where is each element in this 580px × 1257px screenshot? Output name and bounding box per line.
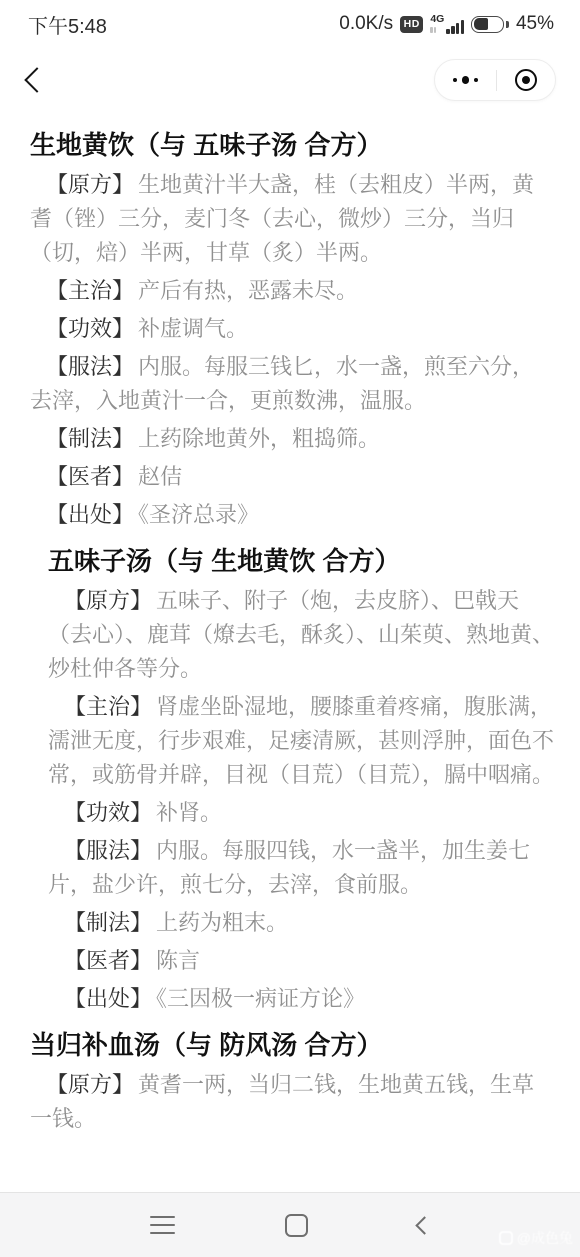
menu-hamburger-icon[interactable] (150, 1216, 175, 1234)
data-arrows-icon (430, 27, 436, 33)
recipe-field-row: 【制法】上药为粗末。 (48, 906, 556, 940)
field-label: 【出处】 (64, 986, 152, 1011)
bottom-nav-bar: @成色兔 (0, 1192, 580, 1257)
field-text: 上药为粗末。 (156, 910, 288, 935)
field-text: 《圣济总录》 (138, 502, 259, 527)
content[interactable]: 生地黄饮（与 五味子汤 合方） 【原方】生地黄汁半大盏，桂（去粗皮）半两，黄耆（… (0, 128, 580, 1136)
recipe-title: 五味子汤（与 生地黄饮 合方） (48, 544, 556, 578)
field-label: 【出处】 (46, 502, 134, 527)
field-label: 【制法】 (64, 910, 152, 935)
field-text: 赵佶 (138, 464, 182, 489)
capsule-divider (496, 70, 497, 91)
watermark: @成色兔 (499, 1228, 573, 1248)
field-label: 【原方】 (64, 588, 152, 613)
field-text: 补肾。 (156, 800, 222, 825)
status-time: 下午5:48 (28, 10, 107, 39)
recipe-field-row: 【出处】《三因极一病证方论》 (48, 982, 556, 1016)
recipe-title: 生地黄饮（与 五味子汤 合方） (30, 128, 556, 162)
field-label: 【主治】 (46, 278, 134, 303)
recipe-field-row: 【服法】内服。每服三钱匕，水一盏，煎至六分，去滓，入地黄汁一合，更煎数沸，温服。 (30, 350, 556, 418)
battery-icon (471, 16, 509, 33)
recipe-fields: 【原方】黄耆一两，当归二钱，生地黄五钱，生草一钱。 (30, 1068, 556, 1136)
miniprogram-capsule (434, 59, 556, 101)
more-dots-icon[interactable] (453, 76, 479, 84)
signal-4g-icon: 4G (430, 14, 464, 34)
field-text: 补虚调气。 (138, 316, 248, 341)
recipe-section: 生地黄饮（与 五味子汤 合方） 【原方】生地黄汁半大盏，桂（去粗皮）半两，黄耆（… (30, 128, 556, 532)
battery-percent: 45% (516, 13, 554, 35)
recipe-field-row: 【主治】肾虚坐卧湿地，腰膝重着疼痛，腹胀满，濡泄无度，行步艰难，足痿清厥，甚则浮… (48, 690, 556, 792)
recipe-fields: 【原方】生地黄汁半大盏，桂（去粗皮）半两，黄耆（锉）三分，麦门冬（去心，微炒）三… (30, 168, 556, 532)
network-type-label: 4G (430, 14, 444, 25)
recipe-fields: 【原方】五味子、附子（炮，去皮脐）、巴戟天（去心）、鹿茸（燎去毛，酥炙）、山茱萸… (48, 584, 556, 1016)
field-label: 【服法】 (46, 354, 134, 379)
recipe-field-row: 【功效】补虚调气。 (30, 312, 556, 346)
field-label: 【制法】 (46, 426, 134, 451)
field-label: 【功效】 (64, 800, 152, 825)
field-text: 陈言 (156, 948, 200, 973)
recipe-field-row: 【医者】陈言 (48, 944, 556, 978)
phone-screen: 下午5:48 0.0K/s HD 4G 45% (0, 0, 580, 1257)
recipe-field-row: 【制法】上药除地黄外，粗捣筛。 (30, 422, 556, 456)
watermark-text: @成色兔 (517, 1228, 573, 1248)
nav-bar (0, 44, 580, 116)
back-chevron-icon[interactable] (24, 67, 49, 92)
recipe-section: 五味子汤（与 生地黄饮 合方） 【原方】五味子、附子（炮，去皮脐）、巴戟天（去心… (30, 544, 556, 1016)
recipe-field-row: 【服法】内服。每服四钱，水一盏半，加生姜七片，盐少许，煎七分，去滓，食前服。 (48, 834, 556, 902)
recipe-field-row: 【出处】《圣济总录》 (30, 498, 556, 532)
field-text: 产后有热，恶露未尽。 (138, 278, 358, 303)
recipe-field-row: 【原方】生地黄汁半大盏，桂（去粗皮）半两，黄耆（锉）三分，麦门冬（去心，微炒）三… (30, 168, 556, 270)
recipe-field-row: 【主治】产后有热，恶露未尽。 (30, 274, 556, 308)
recents-square-icon[interactable] (285, 1214, 308, 1237)
field-label: 【原方】 (46, 172, 134, 197)
field-label: 【功效】 (46, 316, 134, 341)
capsule-target-icon[interactable] (515, 69, 537, 91)
field-label: 【主治】 (64, 694, 152, 719)
recipe-field-row: 【原方】黄耆一两，当归二钱，生地黄五钱，生草一钱。 (30, 1068, 556, 1136)
recipe-field-row: 【原方】五味子、附子（炮，去皮脐）、巴戟天（去心）、鹿茸（燎去毛，酥炙）、山茱萸… (48, 584, 556, 686)
recipe-section: 当归补血汤（与 防风汤 合方） 【原方】黄耆一两，当归二钱，生地黄五钱，生草一钱… (30, 1028, 556, 1136)
field-label: 【原方】 (46, 1072, 134, 1097)
recipe-field-row: 【医者】赵佶 (30, 460, 556, 494)
back-chevron-icon[interactable] (415, 1216, 433, 1234)
recipe-field-row: 【功效】补肾。 (48, 796, 556, 830)
network-speed: 0.0K/s (339, 13, 393, 35)
field-text: 上药除地黄外，粗捣筛。 (138, 426, 380, 451)
field-text: 《三因极一病证方论》 (156, 986, 365, 1011)
signal-bars-icon (446, 20, 464, 34)
battery-fill (474, 18, 488, 30)
status-bar: 下午5:48 0.0K/s HD 4G 45% (0, 0, 580, 44)
watermark-logo-icon (499, 1231, 513, 1245)
field-label: 【医者】 (46, 464, 134, 489)
field-label: 【服法】 (64, 838, 152, 863)
status-right-cluster: 0.0K/s HD 4G 45% (339, 13, 554, 35)
recipe-title: 当归补血汤（与 防风汤 合方） (30, 1028, 556, 1062)
hd-badge-icon: HD (400, 16, 423, 33)
field-label: 【医者】 (64, 948, 152, 973)
